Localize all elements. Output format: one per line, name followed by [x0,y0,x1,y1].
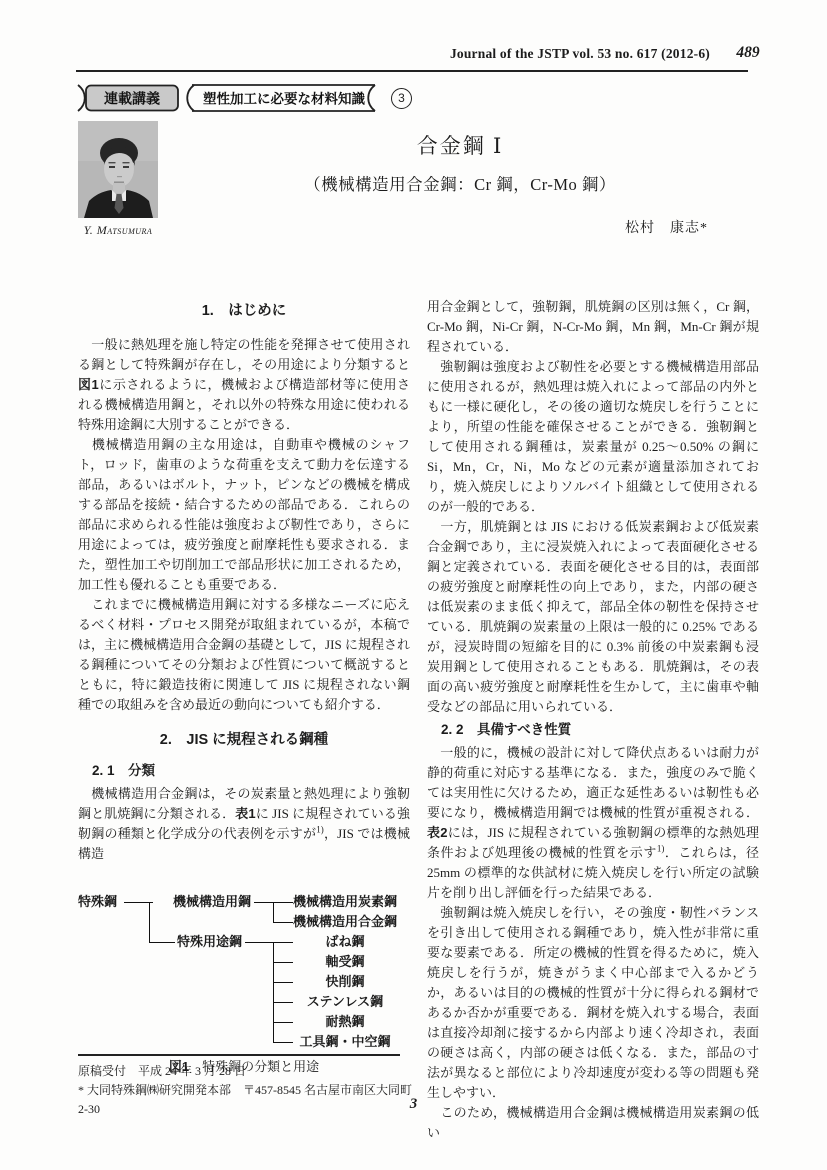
journal-page-ref: 489 [728,44,768,62]
right-brow [123,162,130,163]
footnote-rule [78,1054,400,1056]
left-eye [109,166,115,168]
right-eye [123,166,129,168]
tree-node-root: 特殊鋼 [78,895,117,909]
tree-line [273,982,293,983]
header-rule [76,70,748,72]
tree-line [149,902,150,942]
paragraph: 強靭鋼は強度および靭性を必要とする機械構造用部品に使用されるが，熱処理は焼入れに… [427,357,759,517]
article-author: 松村 康志* [160,217,760,237]
series-banner: 連載講義 塑性加工に必要な材料知識 3 [74,84,412,112]
page-number: 3 [0,1096,827,1113]
banner-topic-label: 塑性加工に必要な材料知識 [203,91,365,107]
right-column: 用合金鋼として，強靭鋼，肌焼鋼の区別は無く，Cr 鋼，Cr-Mo 鋼，Ni-Cr… [427,297,759,1143]
section-heading-2: 2. JIS に規程される鋼種 [78,729,410,751]
tree-line [273,922,293,923]
series-number: 3 [398,91,405,105]
tree-leaf: 快削鋼 [275,975,415,989]
tree-line [273,1042,293,1043]
article-subtitle: （機械構造用合金鋼：Cr 鋼，Cr-Mo 鋼） [160,171,760,195]
series-number-badge: 3 [391,88,412,109]
figure-1-tree: 特殊鋼 機械構造用鋼 特殊用途鋼 機械構造用炭素鋼 機械構造用合金鋼 ばね鋼 軸… [78,890,410,1050]
subsection-heading-2-2: 2. 2 具備すべき性質 [441,720,759,740]
nose [117,176,122,177]
section-heading-1: 1. はじめに [78,301,410,321]
paragraph: 強靭鋼は焼入焼戻しを行い，その強度・靭性バランスを引き出して使用される鋼種であり… [427,903,759,1103]
tree-line [149,942,175,943]
left-brow [109,162,116,163]
tree-line [273,962,293,963]
banner-left-arc [78,85,85,111]
paragraph: 一般に熱処理を施し特定の性能を発揮させて使用される鋼として特殊鋼が存在し，その用… [78,335,410,435]
title-block: 合金鋼 Ⅰ （機械構造用合金鋼：Cr 鋼，Cr-Mo 鋼） 松村 康志* [160,130,760,237]
tree-leaf: ステンレス鋼 [275,995,415,1009]
mouth [114,182,124,183]
banner-separator-arc [187,85,194,111]
banner-ribbon: 連載講義 塑性加工に必要な材料知識 [74,84,386,112]
footnote-received: 原稿受付 平成 24 年 3 月 28 日 [78,1062,423,1081]
journal-header: Journal of the JSTP vol. 53 no. 617 (201… [78,46,710,62]
author-photo [78,121,158,218]
tree-leaf: 機械構造用合金鋼 [275,915,415,929]
tree-node-branch-2: 特殊用途鋼 [177,935,242,949]
tree-line [273,942,274,1042]
tree-leaf: 耐熱鋼 [275,1015,415,1029]
photo-caption: Y. Matsumura [66,223,170,238]
tree-leaf: 機械構造用炭素鋼 [275,895,415,909]
banner-right-arc [368,85,375,111]
banner-series-label: 連載講義 [103,91,160,107]
paragraph: 用合金鋼として，強靭鋼，肌焼鋼の区別は無く，Cr 鋼，Cr-Mo 鋼，Ni-Cr… [427,297,759,357]
paragraph: 一方，肌焼鋼とは JIS における低炭素鋼および低炭素合金鋼であり，主に浸炭焼入… [427,517,759,717]
tree-line [273,1002,293,1003]
left-column: 1. はじめに 一般に熱処理を施し特定の性能を発揮させて使用される鋼として特殊鋼… [78,301,410,1076]
subsection-heading-2-1: 2. 1 分類 [92,761,410,781]
tree-line [273,902,274,922]
journal-page: Journal of the JSTP vol. 53 no. 617 (201… [0,0,827,1170]
paragraph: 機械構造用合金鋼は，その炭素量と熱処理により強靭鋼と肌焼鋼に分類される．表1に … [78,784,410,864]
paragraph: 一般的に，機械の設計に対して降伏点あるいは耐力が静的荷重に対応する基準になる．ま… [427,743,759,903]
tree-leaf: 工具鋼・中空鋼 [275,1035,415,1049]
neck [113,183,125,193]
paragraph: これまでに機械構造用鋼に対する多様なニーズに応えるべく材料・プロセス開発が取組ま… [78,595,410,715]
tree-line [245,942,293,943]
tree-node-branch-1: 機械構造用鋼 [173,895,251,909]
article-title: 合金鋼 Ⅰ [160,130,760,160]
tree-line [273,1022,293,1023]
tree-leaf: 軸受鋼 [275,955,415,969]
paragraph: 機械構造用鋼の主な用途は，自動車や機械のシャフト，ロッド，歯車のような荷重を支え… [78,435,410,595]
tree-leaf: ばね鋼 [275,935,415,949]
